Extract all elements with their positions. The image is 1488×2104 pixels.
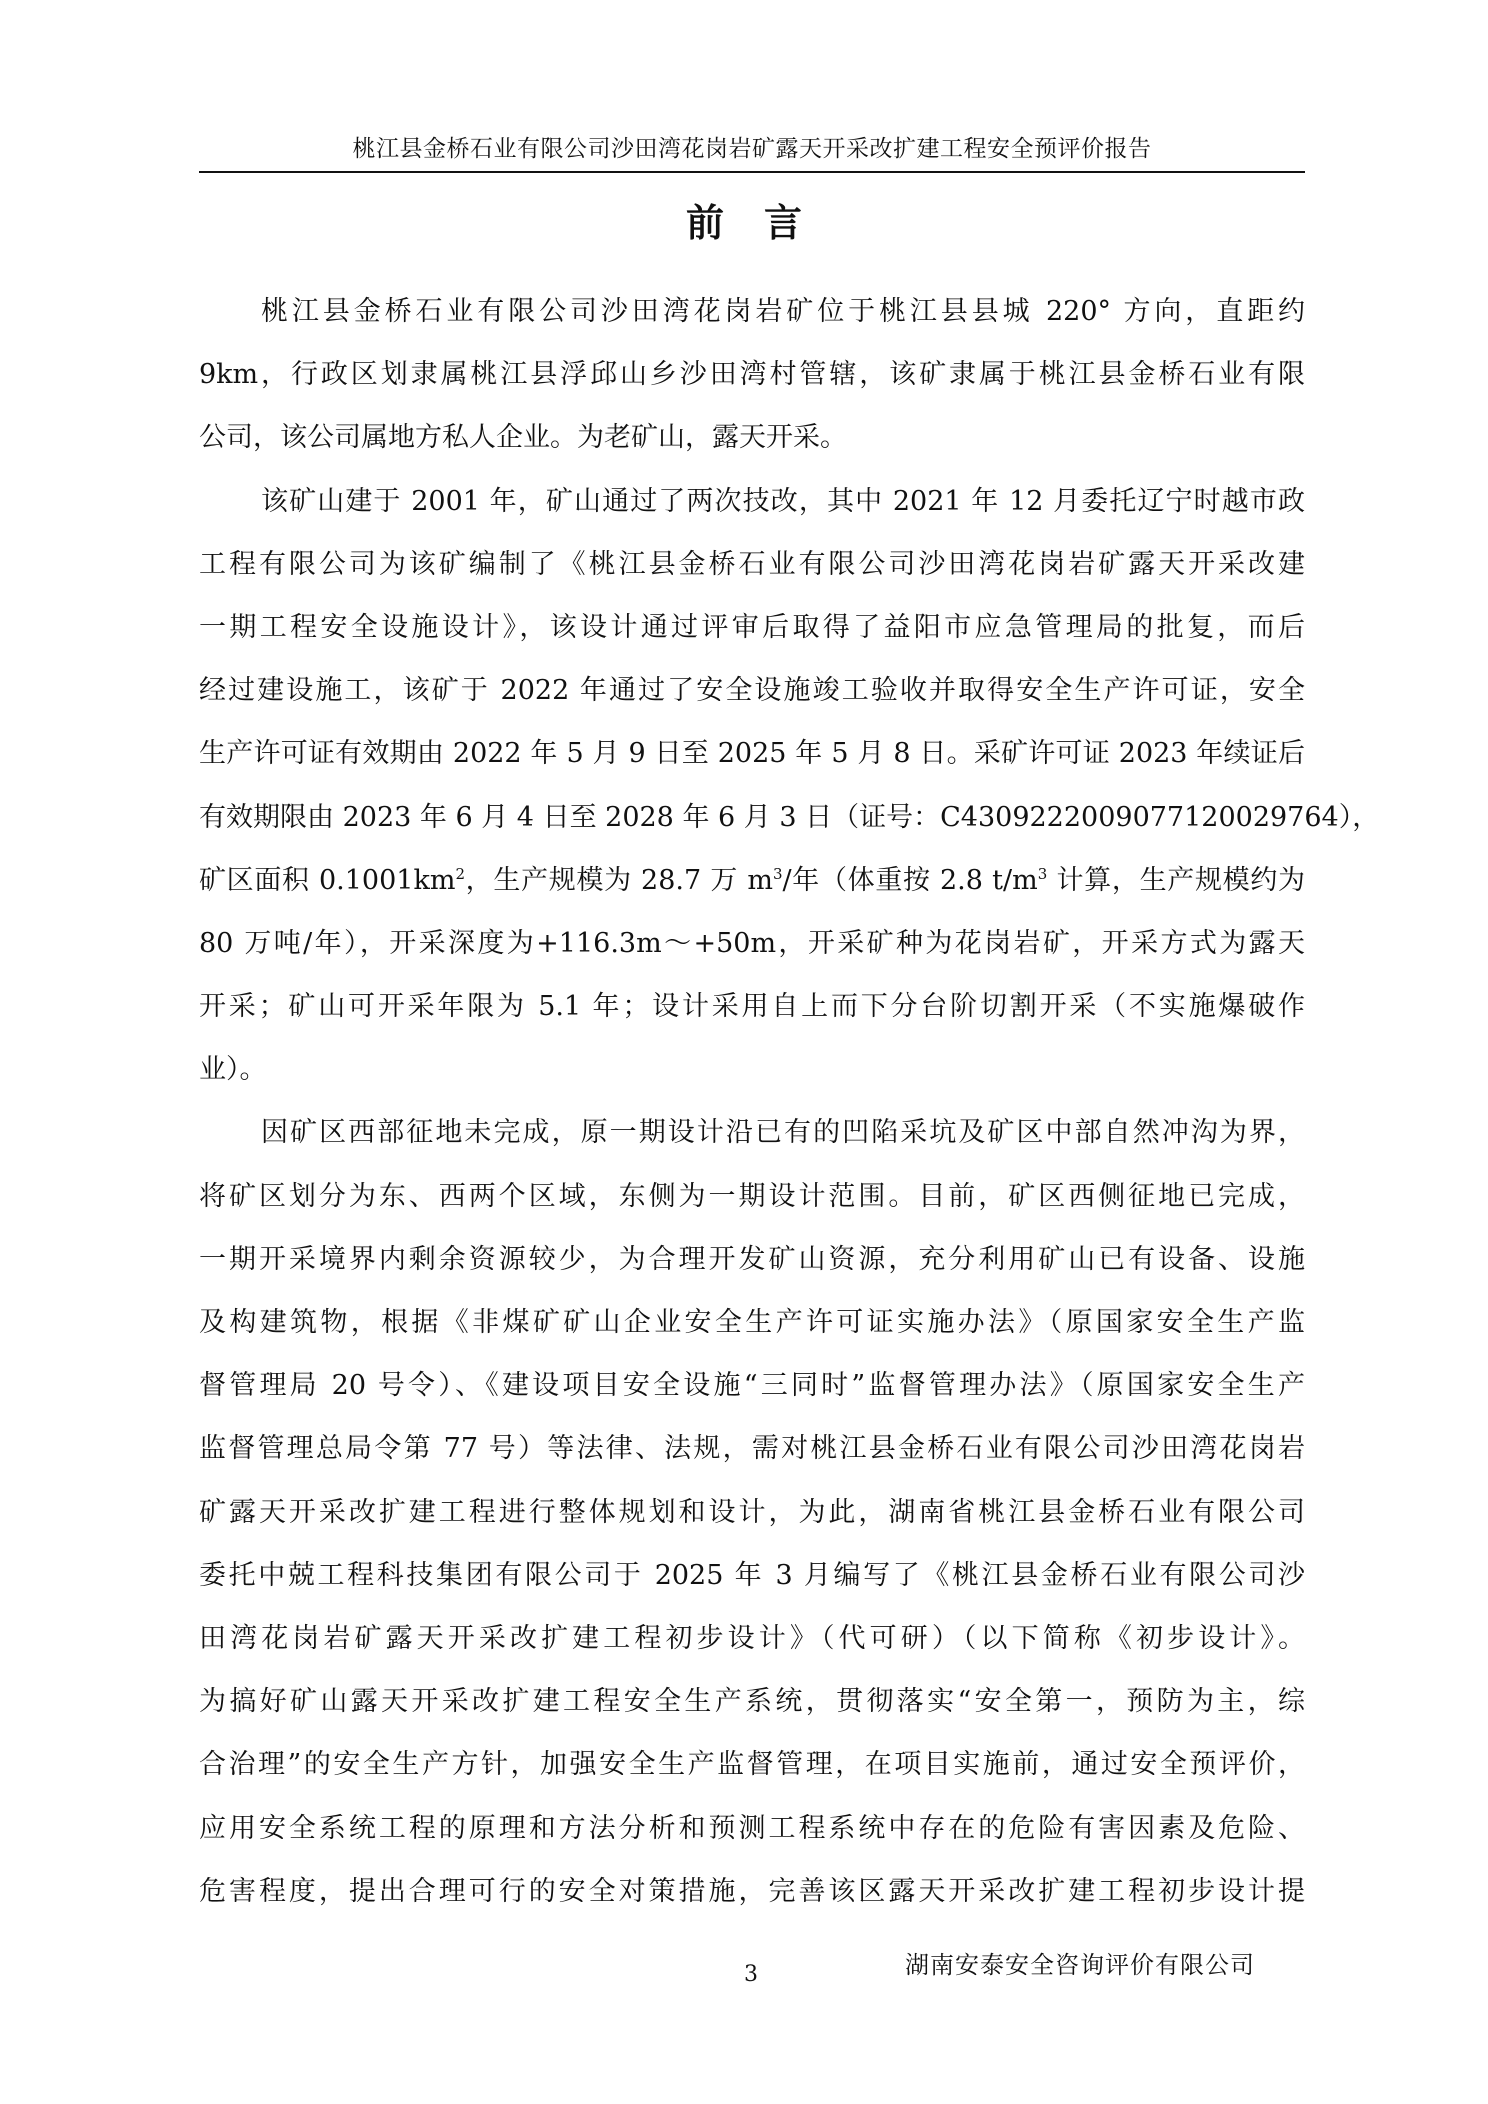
paragraph-3-line-3: 一期开采境界内剩余资源较少，为合理开发矿山资源，充分利用矿山已有设备、设施 xyxy=(199,1237,1305,1300)
paragraph-2-line-2: 工程有限公司为该矿编制了《桃江县金桥石业有限公司沙田湾花岗岩矿露天开采改建 xyxy=(199,542,1305,605)
body-text: 桃江县金桥石业有限公司沙田湾花岗岩矿位于桃江县县城 220° 方向，直距约 9k… xyxy=(199,289,1305,1932)
paragraph-3-line-13: 危害程度，提出合理可行的安全对策措施，完善该区露天开采改扩建工程初步设计提 xyxy=(199,1869,1305,1932)
paragraph-3-line-7: 矿露天开采改扩建工程进行整体规划和设计，为此，湖南省桃江县金桥石业有限公司 xyxy=(199,1490,1305,1553)
superscript-3b: 3 xyxy=(1038,865,1048,883)
page-title: 前言 xyxy=(0,198,1488,248)
paragraph-3-line-6: 监督管理总局令第 77 号）等法律、法规，需对桃江县金桥石业有限公司沙田湾花岗岩 xyxy=(199,1426,1305,1489)
document-page: 桃江县金桥石业有限公司沙田湾花岗岩矿露天开采改扩建工程安全预评价报告 前言 桃江… xyxy=(0,0,1488,2104)
paragraph-2-line-4: 经过建设施工，该矿于 2022 年通过了安全设施竣工验收并取得安全生产许可证，安… xyxy=(199,668,1305,731)
paragraph-3-line-4: 及构建筑物，根据《非煤矿矿山企业安全生产许可证实施办法》（原国家安全生产监 xyxy=(199,1300,1305,1363)
superscript-3: 3 xyxy=(773,865,783,883)
paragraph-2-line-1: 该矿山建于 2001 年，矿山通过了两次技改，其中 2021 年 12 月委托辽… xyxy=(199,479,1305,542)
page-number: 3 xyxy=(744,1960,758,1990)
paragraph-3-line-5: 督管理局 20 号令）、《建设项目安全设施“三同时”监督管理办法》（原国家安全生… xyxy=(199,1363,1305,1426)
paragraph-3-line-1: 因矿区西部征地未完成，原一期设计沿已有的凹陷采坑及矿区中部自然冲沟为界， xyxy=(199,1110,1305,1173)
calc-text: 计算，生产规模约为 xyxy=(1047,865,1305,896)
paragraph-3-line-11: 合治理”的安全生产方针，加强安全生产监督管理，在项目实施前，通过安全预评价， xyxy=(199,1742,1305,1805)
paragraph-1-line-3: 公司，该公司属地方私人企业。为老矿山，露天开采。 xyxy=(199,415,1305,478)
paragraph-3-line-12: 应用安全系统工程的原理和方法分析和预测工程系统中存在的危险有害因素及危险、 xyxy=(199,1806,1305,1869)
paragraph-2-line-7: 矿区面积 0.1001km2，生产规模为 28.7 万 m3/年（体重按 2.8… xyxy=(199,858,1305,921)
footer-company: 湖南安泰安全咨询评价有限公司 xyxy=(905,1949,1255,1981)
paragraph-1-line-2: 9km，行政区划隶属桃江县浮邱山乡沙田湾村管辖，该矿隶属于桃江县金桥石业有限 xyxy=(199,352,1305,415)
paragraph-2-line-3: 一期工程安全设施设计》，该设计通过评审后取得了益阳市应急管理局的批复，而后 xyxy=(199,605,1305,668)
superscript-2: 2 xyxy=(455,865,465,883)
paragraph-2-line-6: 有效期限由 2023 年 6 月 4 日至 2028 年 6 月 3 日（证号：… xyxy=(199,795,1305,858)
paragraph-1-line-1: 桃江县金桥石业有限公司沙田湾花岗岩矿位于桃江县县城 220° 方向，直距约 xyxy=(199,289,1305,352)
area-text: 矿区面积 0.1001km xyxy=(199,865,455,896)
paragraph-3-line-9: 田湾花岗岩矿露天开采改扩建工程初步设计》（代可研）（以下简称《初步设计》。 xyxy=(199,1616,1305,1679)
paragraph-3-line-10: 为搞好矿山露天开采改扩建工程安全生产系统，贯彻落实“安全第一，预防为主，综 xyxy=(199,1679,1305,1742)
paragraph-2-line-5: 生产许可证有效期由 2022 年 5 月 9 日至 2025 年 5 月 8 日… xyxy=(199,731,1305,794)
scale-text: ，生产规模为 28.7 万 m xyxy=(465,865,773,896)
paragraph-3-line-2: 将矿区划分为东、西两个区域，东侧为一期设计范围。目前，矿区西侧征地已完成， xyxy=(199,1174,1305,1237)
paragraph-2-line-8: 80 万吨/年），开采深度为+116.3m～+50m，开采矿种为花岗岩矿，开采方… xyxy=(199,921,1305,984)
density-text: /年（体重按 2.8 t/m xyxy=(783,865,1038,896)
paragraph-2-line-9: 开采；矿山可开采年限为 5.1 年；设计采用自上而下分台阶切割开采（不实施爆破作 xyxy=(199,984,1305,1047)
paragraph-3-line-8: 委托中兢工程科技集团有限公司于 2025 年 3 月编写了《桃江县金桥石业有限公… xyxy=(199,1553,1305,1616)
paragraph-2-line-10: 业）。 xyxy=(199,1047,1305,1110)
header-divider xyxy=(199,171,1305,173)
running-header: 桃江县金桥石业有限公司沙田湾花岗岩矿露天开采改扩建工程安全预评价报告 xyxy=(199,134,1305,164)
